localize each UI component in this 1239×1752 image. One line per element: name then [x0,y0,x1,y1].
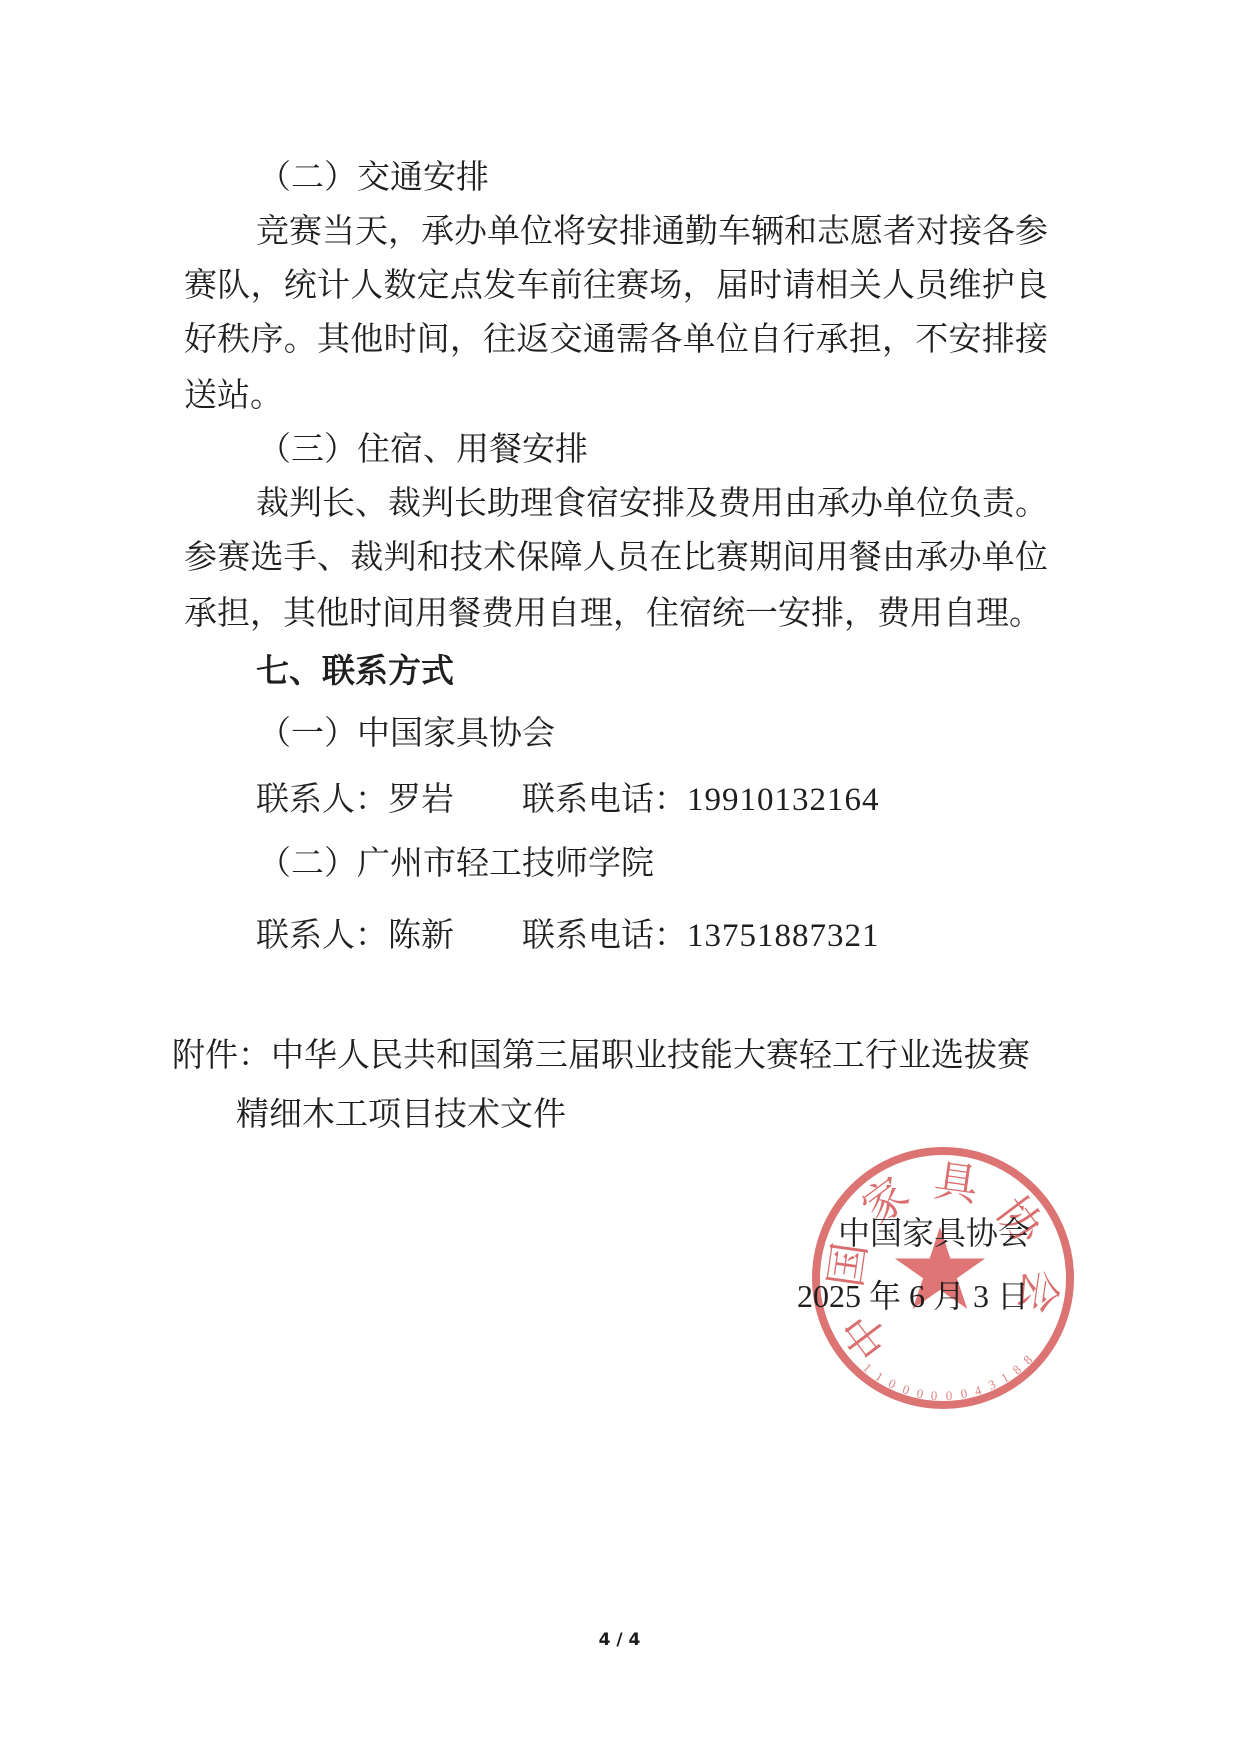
contact-2-person-label: 联系人： [256,918,388,954]
attachment-line-2: 精细木工项目技术文件 [236,1095,566,1135]
contact-2-phone-label: 联系电话： [522,918,687,954]
paragraph-2-line-1: 竞赛当天，承办单位将安排通勤车辆和志愿者对接各参 [256,212,1048,252]
paragraph-2-line-4: 送站。 [184,376,283,416]
section-2-heading: （二）交通安排 [258,158,489,198]
seal-code-digit: 0 [927,1388,942,1403]
contact-2-person-name: 陈新 [388,918,454,954]
seal-code-digit: 0 [942,1388,957,1403]
section-3-heading: （三）住宿、用餐安排 [258,430,588,470]
contact-1-phone-label: 联系电话： [522,782,687,818]
contact-row-1: 联系人：罗岩联系电话：19910132164 [256,780,880,820]
contact-org-2: （二）广州市轻工技师学院 [258,844,654,884]
document-page: （二）交通安排 竞赛当天，承办单位将安排通勤车辆和志愿者对接各参 赛队，统计人数… [0,0,1239,1752]
contact-1-phone-number: 19910132164 [687,782,880,818]
contact-row-2: 联系人：陈新联系电话：13751887321 [256,916,880,956]
paragraph-2-line-2: 赛队，统计人数定点发车前往赛场，届时请相关人员维护良 [184,266,1048,306]
paragraph-3-line-1: 裁判长、裁判长助理食宿安排及费用由承办单位负责。 [256,484,1048,524]
signature-org: 中国家具协会 [838,1213,1030,1253]
paragraph-3-line-2: 参赛选手、裁判和技术保障人员在比赛期间用餐由承办单位 [184,538,1048,578]
paragraph-2-line-3: 好秩序。其他时间，往返交通需各单位自行承担，不安排接 [184,320,1048,360]
seal-code-digit: 0 [912,1385,928,1401]
signature-date: 2025 年 6 月 3 日 [797,1276,1029,1316]
paragraph-3-line-3: 承担，其他时间用餐费用自理，住宿统一安排，费用自理。 [184,594,1042,634]
contact-1-person-name: 罗岩 [388,782,454,818]
page-number: 4 / 4 [0,1630,1239,1650]
attachment-line-1: 附件：中华人民共和国第三届职业技能大赛轻工行业选拔赛 [172,1036,1030,1076]
contact-org-1: （一）中国家具协会 [258,714,555,754]
contact-2-phone-number: 13751887321 [687,918,880,954]
section-7-heading: 七、联系方式 [256,652,454,692]
seal-org-char: 具 [930,1158,982,1210]
contact-1-person-label: 联系人： [256,782,388,818]
